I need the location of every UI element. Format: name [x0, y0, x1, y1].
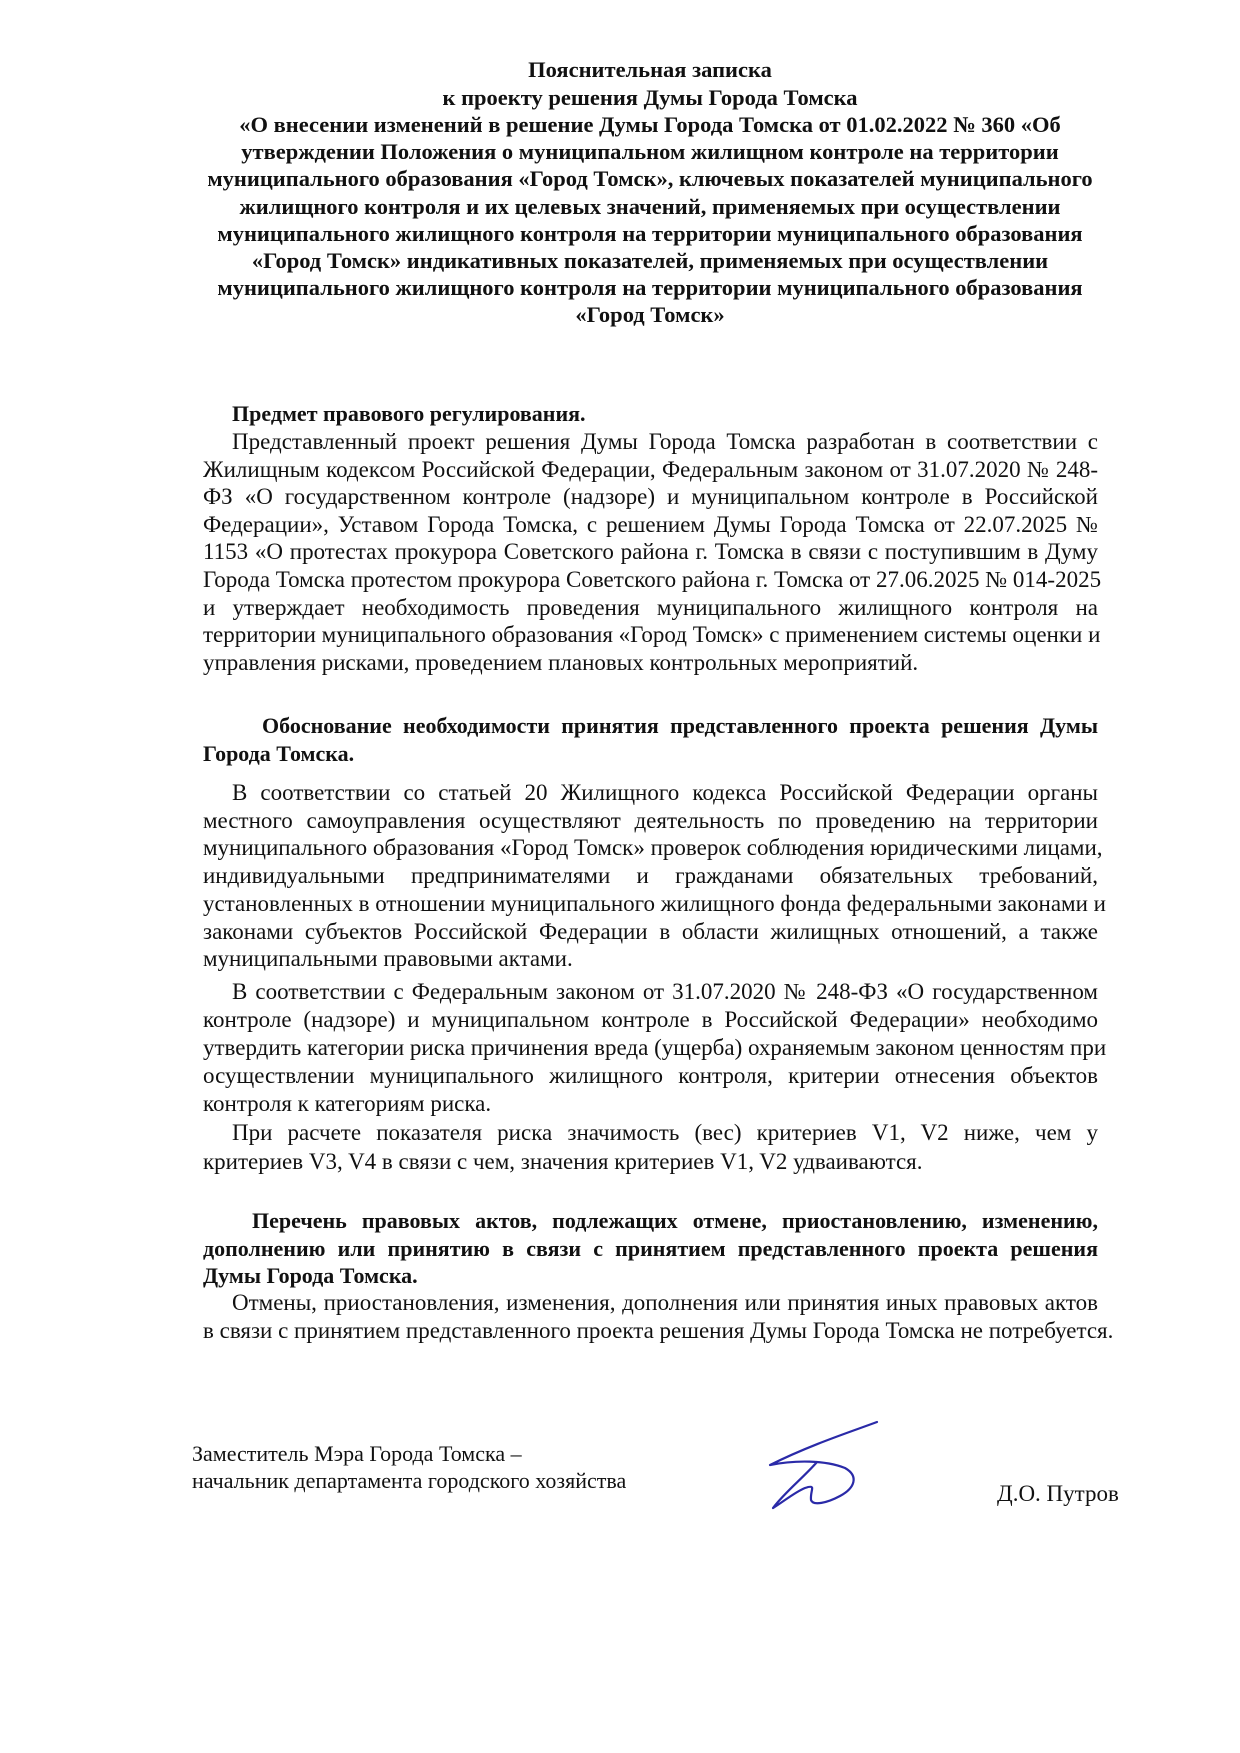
paragraph-line: 1153 «О протестах прокурора Советского р…	[203, 538, 1098, 566]
paragraph-line: Жилищным кодексом Российской Федерации, …	[203, 456, 1098, 484]
paragraph-line: В соответствии с Федеральным законом от …	[232, 978, 1098, 1006]
paragraph-line: и утверждает необходимость проведения му…	[203, 594, 1098, 622]
paragraph-line: контроля к категориям риска.	[203, 1090, 491, 1118]
doc-title-line: муниципального образования «Город Томск»…	[200, 165, 1100, 193]
paragraph-line: муниципального образования «Город Томск»…	[203, 834, 1098, 862]
paragraph-line: муниципальными правовыми актами.	[203, 945, 573, 973]
paragraph-line: ФЗ «О государственном контроле (надзоре)…	[203, 483, 1098, 511]
doc-title-line: жилищного контроля и их целевых значений…	[200, 193, 1100, 221]
doc-subtitle: к проекту решения Думы Города Томска	[200, 84, 1100, 112]
section-heading-justification: Обоснование необходимости принятия предс…	[262, 712, 1098, 740]
paragraph-line: утвердить категории риска причинения вре…	[203, 1034, 1098, 1062]
signatory-name: Д.О. Путров	[997, 1480, 1119, 1508]
signatory-position-line2: начальник департамента городского хозяйс…	[192, 1467, 626, 1495]
paragraph-line: индивидуальными предпринимателями и граж…	[203, 862, 1098, 890]
paragraph-line: критериев V3, V4 в связи с чем, значения…	[203, 1148, 922, 1176]
paragraph-line: управления рисками, проведением плановых…	[203, 649, 918, 677]
paragraph-line: в связи с принятием представленного прое…	[203, 1317, 1113, 1345]
paragraph-line: В соответствии со статьей 20 Жилищного к…	[232, 779, 1098, 807]
paragraph-line: осуществлении муниципального жилищного к…	[203, 1062, 1098, 1090]
section-heading-acts-cont: Думы Города Томска.	[203, 1262, 418, 1290]
paragraph-line: законами субъектов Российской Федерации …	[203, 918, 1098, 946]
section-heading-justification-cont: Города Томска.	[203, 740, 354, 768]
doc-title-line: утверждении Положения о муниципальном жи…	[200, 138, 1100, 166]
doc-title-line: муниципального жилищного контроля на тер…	[200, 220, 1100, 248]
paragraph-line: При расчете показателя риска значимость …	[232, 1119, 1098, 1147]
paragraph-line: Отмены, приостановления, изменения, допо…	[232, 1289, 1098, 1317]
paragraph-line: Города Томска протестом прокурора Советс…	[203, 566, 1098, 594]
section-heading-subject: Предмет правового регулирования.	[232, 400, 586, 428]
signatory-position-line1: Заместитель Мэра Города Томска –	[192, 1440, 522, 1468]
paragraph-line: территории муниципального образования «Г…	[203, 621, 1098, 649]
doc-title-line: «Город Томск» индикативных показателей, …	[200, 247, 1100, 275]
doc-title-line: муниципального жилищного контроля на тер…	[200, 274, 1100, 302]
doc-title: Пояснительная записка	[200, 56, 1100, 84]
paragraph-line: контроле (надзоре) и муниципальном контр…	[203, 1006, 1098, 1034]
paragraph-line: Федерации», Уставом Города Томска, с реш…	[203, 511, 1098, 539]
section-heading-acts: Перечень правовых актов, подлежащих отме…	[252, 1207, 1098, 1235]
document-page: Пояснительная записка к проекту решения …	[0, 0, 1240, 1753]
paragraph-line: местного самоуправления осуществляют дея…	[203, 807, 1098, 835]
doc-title-line: «Город Томск»	[200, 301, 1100, 329]
signature-icon	[755, 1410, 885, 1510]
section-heading-acts-cont: дополнению или принятию в связи с принят…	[203, 1235, 1098, 1263]
doc-title-line: «О внесении изменений в решение Думы Гор…	[200, 111, 1100, 139]
paragraph-line: установленных в отношении муниципального…	[203, 890, 1098, 918]
paragraph-line: Представленный проект решения Думы Город…	[232, 428, 1098, 456]
